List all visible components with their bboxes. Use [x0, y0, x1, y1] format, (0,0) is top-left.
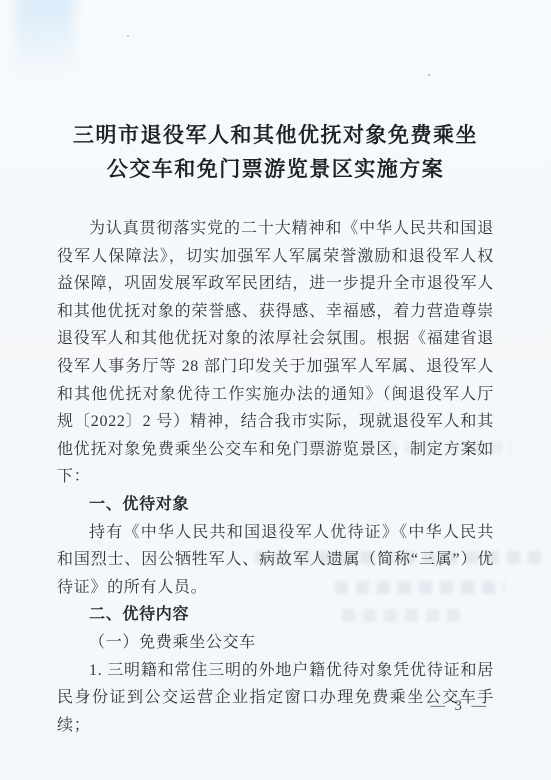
scan-streak-artifact: [16, 0, 74, 94]
document-body: 为认真贯彻落实党的二十大精神和《中华人民共和国退役军人保障法》，切实加强军人军属…: [57, 215, 494, 739]
page-number: — 3 —: [431, 698, 490, 715]
section-1-heading: 一、优待对象: [57, 491, 494, 519]
intro-paragraph: 为认真贯彻落实党的二十大精神和《中华人民共和国退役军人保障法》，切实加强军人军属…: [57, 215, 494, 491]
document-title-line2: 公交车和免门票游览景区实施方案: [57, 152, 494, 186]
document-title-line1: 三明市退役军人和其他优抚对象免费乘坐: [57, 118, 494, 152]
section-1-paragraph: 持有《中华人民共和国退役军人优待证》《中华人民共和国烈士、因公牺牲军人、病故军人…: [57, 519, 494, 602]
scan-speck-artifact: [127, 35, 129, 37]
section-2-heading: 二、优待内容: [57, 601, 494, 629]
scan-speck-artifact: [428, 74, 430, 76]
document-title: 三明市退役军人和其他优抚对象免费乘坐 公交车和免门票游览景区实施方案: [57, 118, 494, 186]
section-2-1-heading: （一）免费乘坐公交车: [57, 629, 494, 657]
document-content: 三明市退役军人和其他优抚对象免费乘坐 公交车和免门票游览景区实施方案 为认真贯彻…: [57, 118, 494, 739]
document-page: 三明市退役军人和其他优抚对象免费乘坐 公交车和免门票游览景区实施方案 为认真贯彻…: [0, 0, 551, 780]
item-1-paragraph: 1. 三明籍和常住三明的外地户籍优待对象凭优待证和居民身份证到公交运营企业指定窗…: [57, 657, 494, 740]
